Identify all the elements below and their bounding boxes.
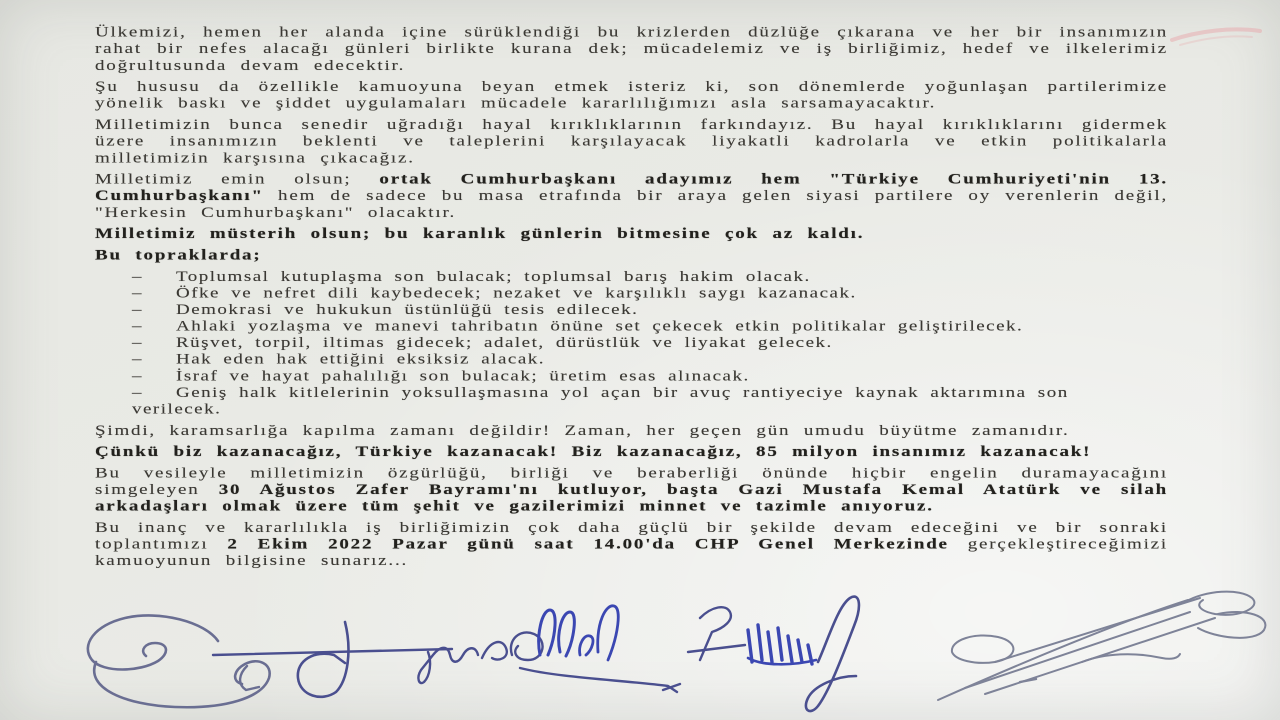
- paragraph: Şimdi, karamsarlığa kapılma zamanı değil…: [95, 422, 1168, 439]
- bullet-text: İsraf ve hayat pahalılığı son bulacak; ü…: [176, 368, 750, 385]
- dash-bullet-marker: –: [132, 384, 176, 401]
- bold-text-segment: Çünkü biz kazanacağız, Türkiye kazanacak…: [95, 443, 1091, 460]
- paragraph: Bu vesileyle milletimizin özgürlüğü, bir…: [95, 465, 1168, 515]
- list-item: –Geniş halk kitlelerinin yoksullaşmasına…: [95, 384, 1168, 417]
- dash-bullet-marker: –: [132, 351, 176, 368]
- scanned-document-page: Ülkemizi, hemen her alanda içine sürükle…: [0, 0, 1280, 720]
- text-segment: Şu hususu da özellikle kamuoyuna beyan e…: [95, 79, 1168, 112]
- document-body: Ülkemizi, hemen her alanda içine sürükle…: [95, 24, 1168, 574]
- list-item: –Demokrasi ve hukukun üstünlüğü tesis ed…: [95, 301, 1168, 318]
- signature-right: [938, 592, 1265, 700]
- bullet-text: Toplumsal kutuplaşma son bulacak; toplum…: [176, 268, 811, 285]
- text-segment: Şimdi, karamsarlığa kapılma zamanı değil…: [95, 422, 1070, 439]
- paragraph: Milletimiz emin olsun; ortak Cumhurbaşka…: [95, 171, 1168, 221]
- text-segment: Milletimizin bunca senedir uğradığı haya…: [95, 116, 1168, 166]
- paragraph: Ülkemizi, hemen her alanda içine sürükle…: [95, 24, 1168, 74]
- list-item: –Hak eden hak ettiğini eksiksiz alacak.: [95, 351, 1168, 368]
- list-item: –İsraf ve hayat pahalılığı son bulacak; …: [95, 368, 1168, 385]
- bullet-text: Öfke ve nefret dili kaybedecek; nezaket …: [176, 285, 857, 302]
- bullet-text: Hak eden hak ettiğini eksiksiz alacak.: [176, 351, 545, 368]
- paragraph: Şu hususu da özellikle kamuoyuna beyan e…: [95, 79, 1168, 112]
- dash-bullet-marker: –: [132, 318, 176, 335]
- bullet-text: Geniş halk kitlelerinin yoksullaşmasına …: [132, 384, 1069, 417]
- paragraph: Milletimizin bunca senedir uğradığı haya…: [95, 116, 1168, 166]
- list-item: –Rüşvet, torpil, iltimas gidecek; adalet…: [95, 334, 1168, 351]
- bullet-list: –Toplumsal kutuplaşma son bulacak; toplu…: [95, 268, 1168, 417]
- bold-text-segment: Bu topraklarda;: [95, 247, 262, 264]
- bold-text-segment: 30 Ağustos Zafer Bayramı'nı kutluyor, ba…: [95, 481, 1168, 514]
- paragraph: Bu topraklarda;: [95, 247, 1168, 264]
- red-pen-mark: [1172, 29, 1260, 45]
- signature-center: [213, 597, 859, 711]
- bold-text-segment: Milletimiz müsterih olsun; bu karanlık g…: [95, 225, 864, 242]
- bullet-text: Rüşvet, torpil, iltimas gidecek; adalet,…: [176, 334, 833, 351]
- dash-bullet-marker: –: [132, 368, 176, 385]
- signature-left: [88, 615, 270, 707]
- paragraph: Bu inanç ve kararlılıkla iş birliğimizin…: [95, 519, 1168, 569]
- list-item: –Toplumsal kutuplaşma son bulacak; toplu…: [95, 268, 1168, 285]
- dash-bullet-marker: –: [132, 285, 176, 302]
- dash-bullet-marker: –: [132, 334, 176, 351]
- bold-text-segment: 2 Ekim 2022 Pazar günü saat 14.00'da CHP…: [227, 536, 948, 553]
- text-segment: Ülkemizi, hemen her alanda içine sürükle…: [95, 24, 1168, 74]
- paragraph: Çünkü biz kazanacağız, Türkiye kazanacak…: [95, 443, 1168, 460]
- bullet-text: Ahlaki yozlaşma ve manevi tahribatın önü…: [176, 318, 1023, 335]
- bullet-text: Demokrasi ve hukukun üstünlüğü tesis edi…: [176, 301, 638, 318]
- dash-bullet-marker: –: [132, 301, 176, 318]
- dash-bullet-marker: –: [132, 268, 176, 285]
- list-item: –Ahlaki yozlaşma ve manevi tahribatın ön…: [95, 318, 1168, 335]
- paragraph: Milletimiz müsterih olsun; bu karanlık g…: [95, 225, 1168, 242]
- text-segment: Milletimiz emin olsun;: [95, 171, 379, 188]
- list-item: –Öfke ve nefret dili kaybedecek; nezaket…: [95, 285, 1168, 302]
